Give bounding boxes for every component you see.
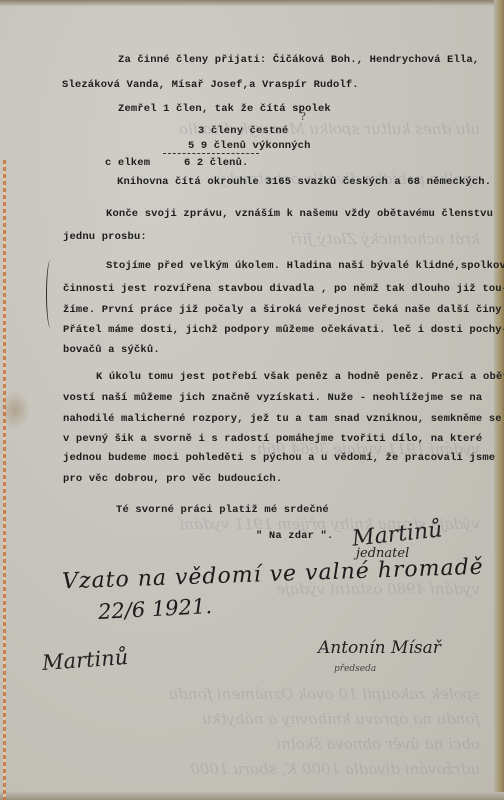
- binding-stain: [0, 390, 30, 430]
- margin-question-mark: ?: [300, 110, 306, 123]
- money-paragraph-line-1: K úkolu tomu jest potřebí však peněz a h…: [96, 371, 504, 383]
- closing-paragraph-line-2: jednu prosbu:: [63, 231, 147, 243]
- bleed-through-text: obci na úvěr obnova školní: [40, 735, 480, 753]
- signature-bottom-left-martinu: Martinů: [41, 645, 129, 675]
- total-members-value: 6 2 členů.: [184, 157, 249, 169]
- signature-bottom-right-role: předseda: [334, 664, 376, 674]
- binding-thread: [3, 160, 6, 800]
- greeting-na-zdar: " Na zdar ".: [256, 530, 333, 542]
- new-members-line-1: Za činné členy přijati: Čičáková Boh., H…: [118, 54, 479, 66]
- task-paragraph-line-4: Přátel máme dosti, jichž podpory můžeme …: [63, 324, 504, 336]
- money-paragraph-line-4: v pevný šik a svorně i s radostí pomáhej…: [63, 433, 482, 445]
- new-members-line-2: Slezáková Vanda, Mísař Josef,a Vraspír R…: [62, 79, 359, 91]
- money-paragraph-line-5: jednou budeme moci pohleděti s pýchou a …: [63, 452, 495, 464]
- library-holdings-line: Knihovna čítá okrouhle 3165 svazků český…: [117, 176, 491, 188]
- task-paragraph-line-1: Stojíme před velkým úkolem. Hladina naší…: [106, 260, 504, 272]
- signature-bottom-right-misar: Antonín Mísař: [318, 638, 441, 658]
- page-right-edge: [494, 0, 504, 800]
- page-bottom-edge: [0, 792, 504, 800]
- task-paragraph-line-2: činnosti jest rozvířena stavbou divadla …: [63, 283, 504, 295]
- deceased-member-line: Zemřel 1 člen, tak že čítá spolek: [118, 103, 331, 115]
- task-paragraph-line-5: bovačů a sýčků.: [63, 344, 160, 356]
- bleed-through-text: spolek zakoupil 10 ovok Oznámení fondu: [40, 685, 480, 703]
- honorary-members-count: 3 členy čestné: [198, 125, 288, 137]
- bleed-through-text: fondu na opravu knihovny a nábytku: [40, 710, 480, 728]
- money-paragraph-line-3: nahodilé malicherné rozpory, jež tu a ta…: [63, 413, 502, 425]
- page-top-edge: [0, 0, 504, 6]
- executive-members-count: 5 9 členů výkonných: [188, 140, 311, 152]
- bleed-through-text: udržování divadla 1000 K, sboru 1000: [40, 760, 480, 778]
- total-label: c elkem: [105, 157, 150, 169]
- document-page: ulu dnes kultur spolku Masaryk divadlo s…: [0, 0, 504, 800]
- margin-bracket-mark: [46, 260, 55, 328]
- sum-underline: [163, 153, 259, 155]
- task-paragraph-line-3: žíme. První práce již počaly a široká ve…: [63, 304, 504, 316]
- handwritten-date: 22/6 1921.: [97, 594, 212, 624]
- salutation-line: Té svorné práci platiž mé srdečné: [116, 504, 329, 516]
- closing-paragraph-line-1: Konče svoji zprávu, vznáším k našemu vžd…: [106, 208, 493, 220]
- money-paragraph-line-2: vostí naší můžeme jich značně vyzískati.…: [63, 392, 482, 404]
- money-paragraph-line-6: pro věc dobrou, pro věc budoucích.: [63, 473, 282, 485]
